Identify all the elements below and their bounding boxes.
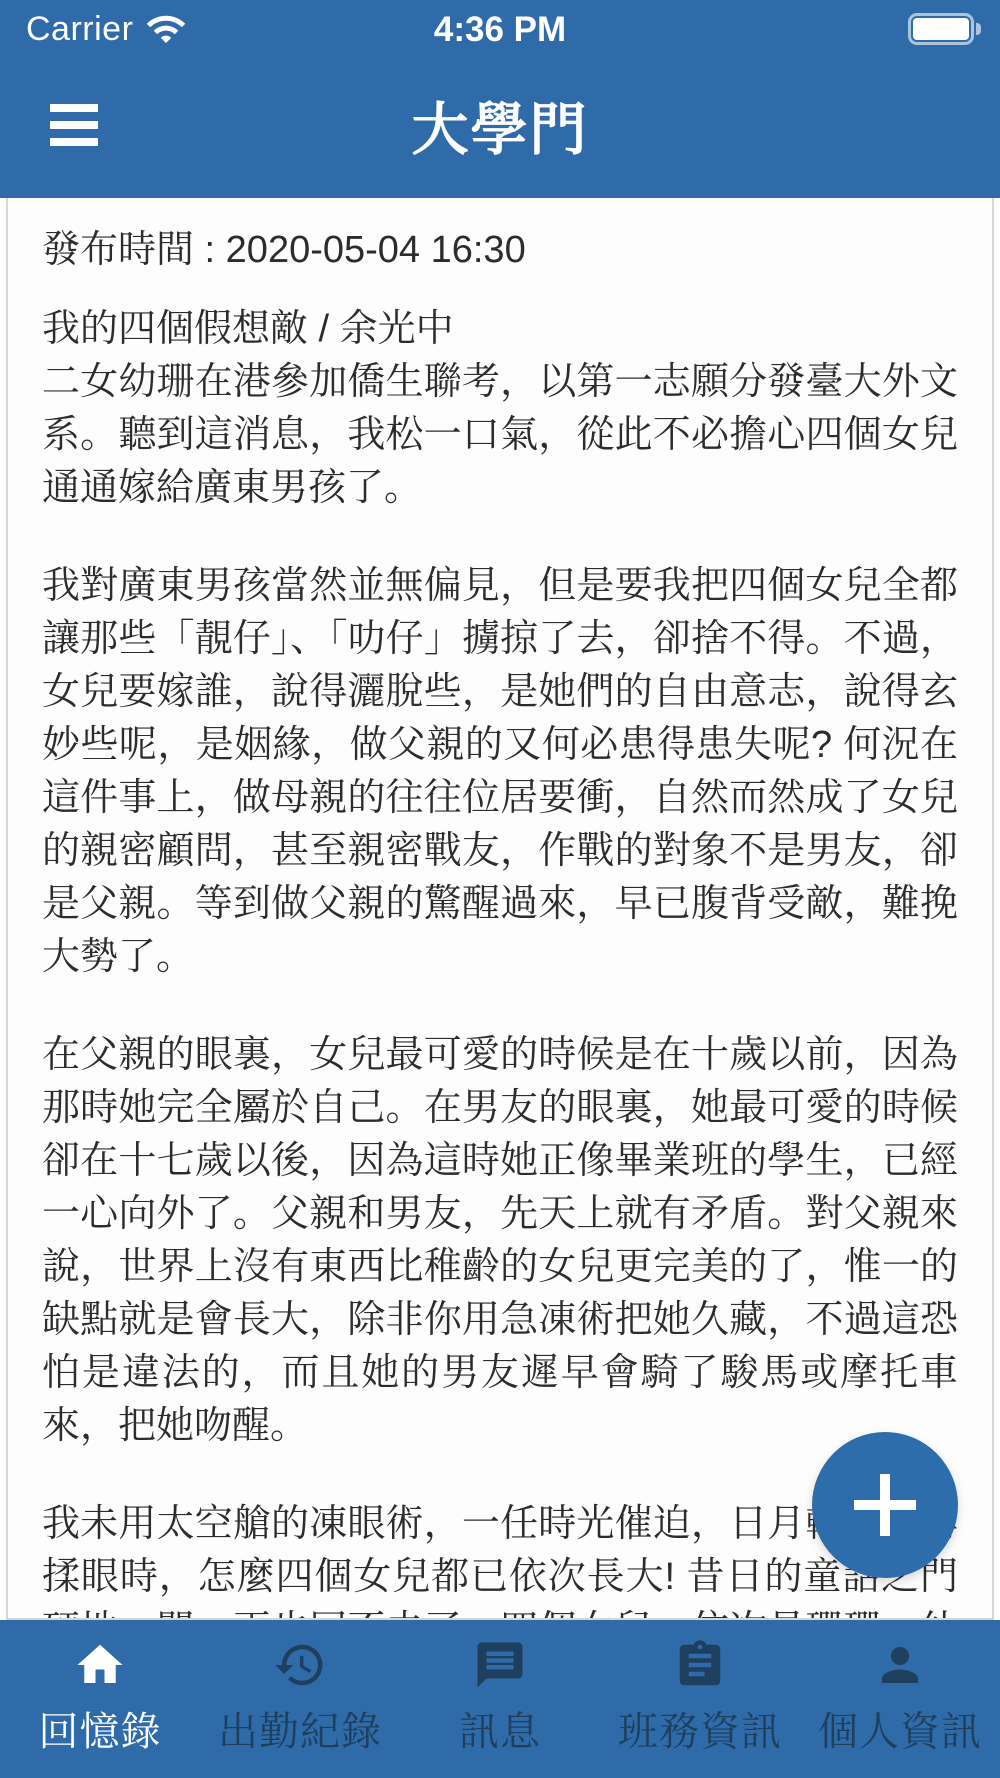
tab-profile[interactable]: 個人資訊 xyxy=(800,1620,1000,1778)
tab-attendance[interactable]: 出勤紀錄 xyxy=(200,1620,400,1778)
article-paragraph: 在父親的眼裏，女兒最可愛的時候是在十歲以前，因為那時她完全屬於自己。在男友的眼裏… xyxy=(42,1029,958,1453)
tab-memoir[interactable]: 回憶錄 xyxy=(0,1620,200,1778)
app-screen: Carrier 4:36 PM 大學門 發布時間 : 2020-05-04 16… xyxy=(0,0,1000,1778)
add-button[interactable] xyxy=(812,1432,958,1578)
status-bar: Carrier 4:36 PM xyxy=(0,0,1000,52)
article-paragraph: 我的四個假想敵 / 余光中 二女幼珊在港參加僑生聯考，以第一志願分發臺大外文系。… xyxy=(42,303,958,515)
tab-label: 回憶錄 xyxy=(39,1700,162,1757)
message-icon xyxy=(473,1638,527,1692)
tab-class-info[interactable]: 班務資訊 xyxy=(600,1620,800,1778)
clock: 4:36 PM xyxy=(434,10,566,50)
article-content[interactable]: 發布時間 : 2020-05-04 16:30 我的四個假想敵 / 余光中 二女… xyxy=(6,198,994,1620)
battery-icon xyxy=(908,13,974,45)
tab-label: 訊息 xyxy=(459,1700,541,1757)
tab-messages[interactable]: 訊息 xyxy=(400,1620,600,1778)
home-icon xyxy=(73,1638,127,1692)
carrier-label: Carrier xyxy=(26,10,133,49)
tab-label: 出勤紀錄 xyxy=(218,1700,382,1757)
article-paragraph: 我對廣東男孩當然並無偏見，但是要我把四個女兒全都讓那些「靚仔」、「叻仔」擄掠了去… xyxy=(42,560,958,984)
wifi-icon xyxy=(145,13,187,45)
bottom-tab-bar: 回憶錄 出勤紀錄 訊息 班務資訊 個人資訊 xyxy=(0,1620,1000,1778)
tab-label: 班務資訊 xyxy=(618,1700,782,1757)
clipboard-icon xyxy=(673,1638,727,1692)
nav-bar: 大學門 xyxy=(0,52,1000,198)
tab-label: 個人資訊 xyxy=(818,1700,982,1757)
status-left: Carrier xyxy=(26,10,187,49)
article-body: 我的四個假想敵 / 余光中 二女幼珊在港參加僑生聯考，以第一志願分發臺大外文系。… xyxy=(42,303,958,1620)
published-time: 發布時間 : 2020-05-04 16:30 xyxy=(42,224,958,277)
plus-icon xyxy=(854,1474,916,1536)
app-header: Carrier 4:36 PM 大學門 xyxy=(0,0,1000,198)
person-icon xyxy=(873,1638,927,1692)
page-title: 大學門 xyxy=(412,84,589,166)
history-icon xyxy=(273,1638,327,1692)
hamburger-menu-icon[interactable] xyxy=(50,104,98,146)
